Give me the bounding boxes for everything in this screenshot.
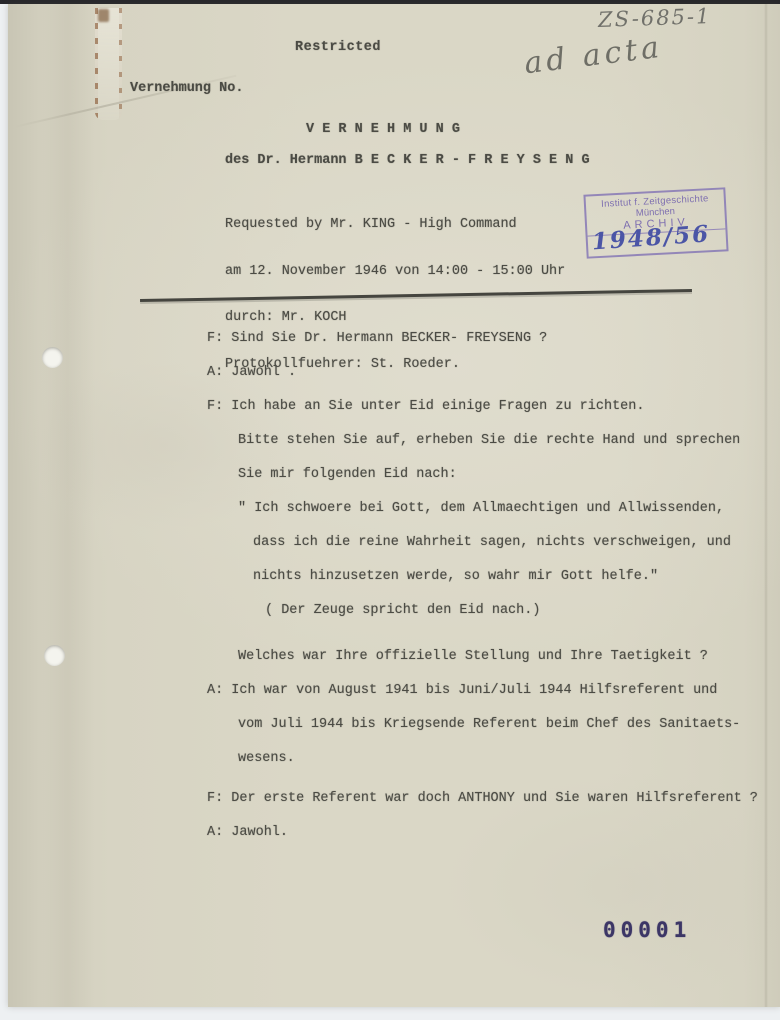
page-number-stamp: 00001 [603,918,691,942]
classification-marking: Restricted [295,40,381,55]
document-title: V E R N E H M U N G [306,122,460,137]
punch-hole-top [42,347,63,368]
qa-line: ( Der Zeuge spricht den Eid nach.) [207,594,758,628]
handwritten-doc-ref: ZS-685-1 [598,4,712,32]
qa-line: nichts hinzusetzen werde, so wahr mir Go… [207,560,758,594]
qa-line: dass ich die reine Wahrheit sagen, nicht… [207,526,758,560]
qa-line: F: Ich habe an Sie unter Eid einige Frag… [207,390,758,424]
right-fold-crease [764,4,768,1007]
archive-stamp: Institut f. Zeitgeschichte München ARCHI… [583,187,728,258]
qa-line: A: Jawohl . [207,356,758,390]
subject-name-line: des Dr. Hermann B E C K E R - F R E Y S … [225,153,590,168]
request-line: am 12. November 1946 von 14:00 - 15:00 U… [225,264,565,281]
binding-crease [40,4,95,1007]
qa-line: F: Sind Sie Dr. Hermann BECKER- FREYSENG… [207,322,758,356]
qa-line: Bitte stehen Sie auf, erheben Sie die re… [207,424,758,458]
qa-line: Sie mir folgenden Eid nach: [207,458,758,492]
rust-blob [98,9,109,22]
qa-line: Welches war Ihre offizielle Stellung und… [207,640,758,674]
scanned-document-page: Restricted ZS-685-1 ad acta Vernehmung N… [0,0,780,1020]
vernehmung-number-label: Vernehmung No. [130,81,243,96]
interrogation-transcript: F: Sind Sie Dr. Hermann BECKER- FREYSENG… [207,322,758,850]
qa-line: A: Jawohl. [207,816,758,850]
request-line: Requested by Mr. KING - High Command [225,217,565,234]
qa-line: vom Juli 1944 bis Kriegsende Referent be… [207,708,758,742]
qa-line: A: Ich war von August 1941 bis Juni/Juli… [207,674,758,708]
punch-hole-bottom [44,645,65,666]
qa-line: F: Der erste Referent war doch ANTHONY u… [207,782,758,816]
qa-line: wesens. [207,742,758,776]
qa-line: " Ich schwoere bei Gott, dem Allmaechtig… [207,492,758,526]
